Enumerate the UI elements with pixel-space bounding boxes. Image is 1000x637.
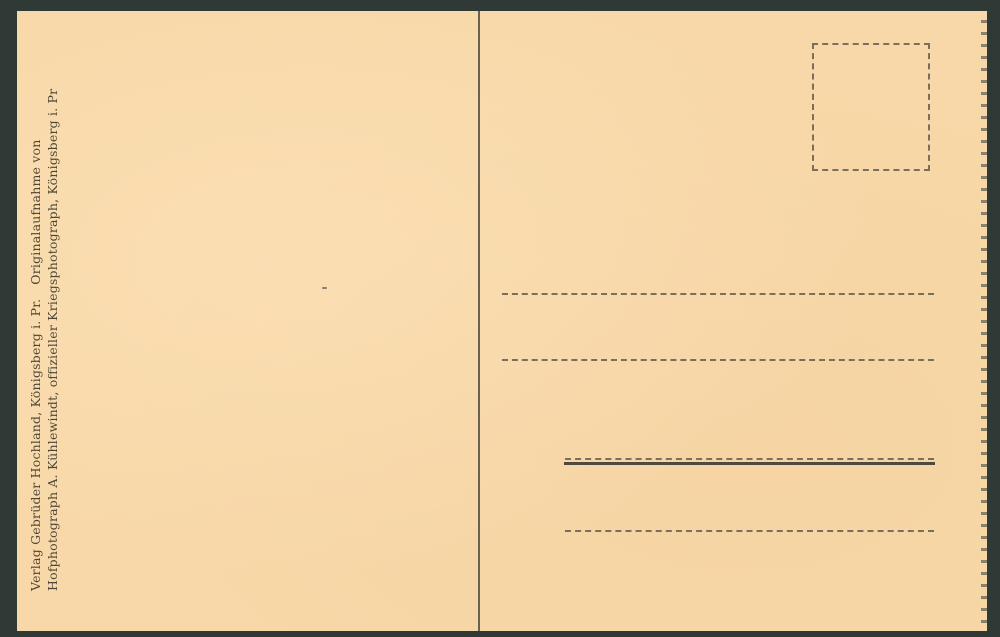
address-solid-rule <box>564 462 935 465</box>
postcard-back: Verlag Gebrüder Hochland, Königsberg i. … <box>17 11 987 631</box>
photo-credit-label: Originalaufnahme von <box>28 139 43 284</box>
address-line-3 <box>565 458 934 460</box>
imprint-line-2: Hofphotograph A. Kühlewindt, offizieller… <box>44 51 61 591</box>
publisher-imprint: Verlag Gebrüder Hochland, Königsberg i. … <box>27 51 79 591</box>
address-line-2 <box>502 359 934 361</box>
address-line-4 <box>565 530 934 532</box>
imprint-line-1: Verlag Gebrüder Hochland, Königsberg i. … <box>27 51 44 591</box>
publisher-text: Verlag Gebrüder Hochland, Königsberg i. … <box>28 299 43 591</box>
address-line-1 <box>502 293 934 295</box>
center-divider-line <box>478 11 480 631</box>
stamp-box <box>812 43 930 171</box>
perforated-edge <box>981 11 987 631</box>
paper-speck <box>322 287 327 289</box>
